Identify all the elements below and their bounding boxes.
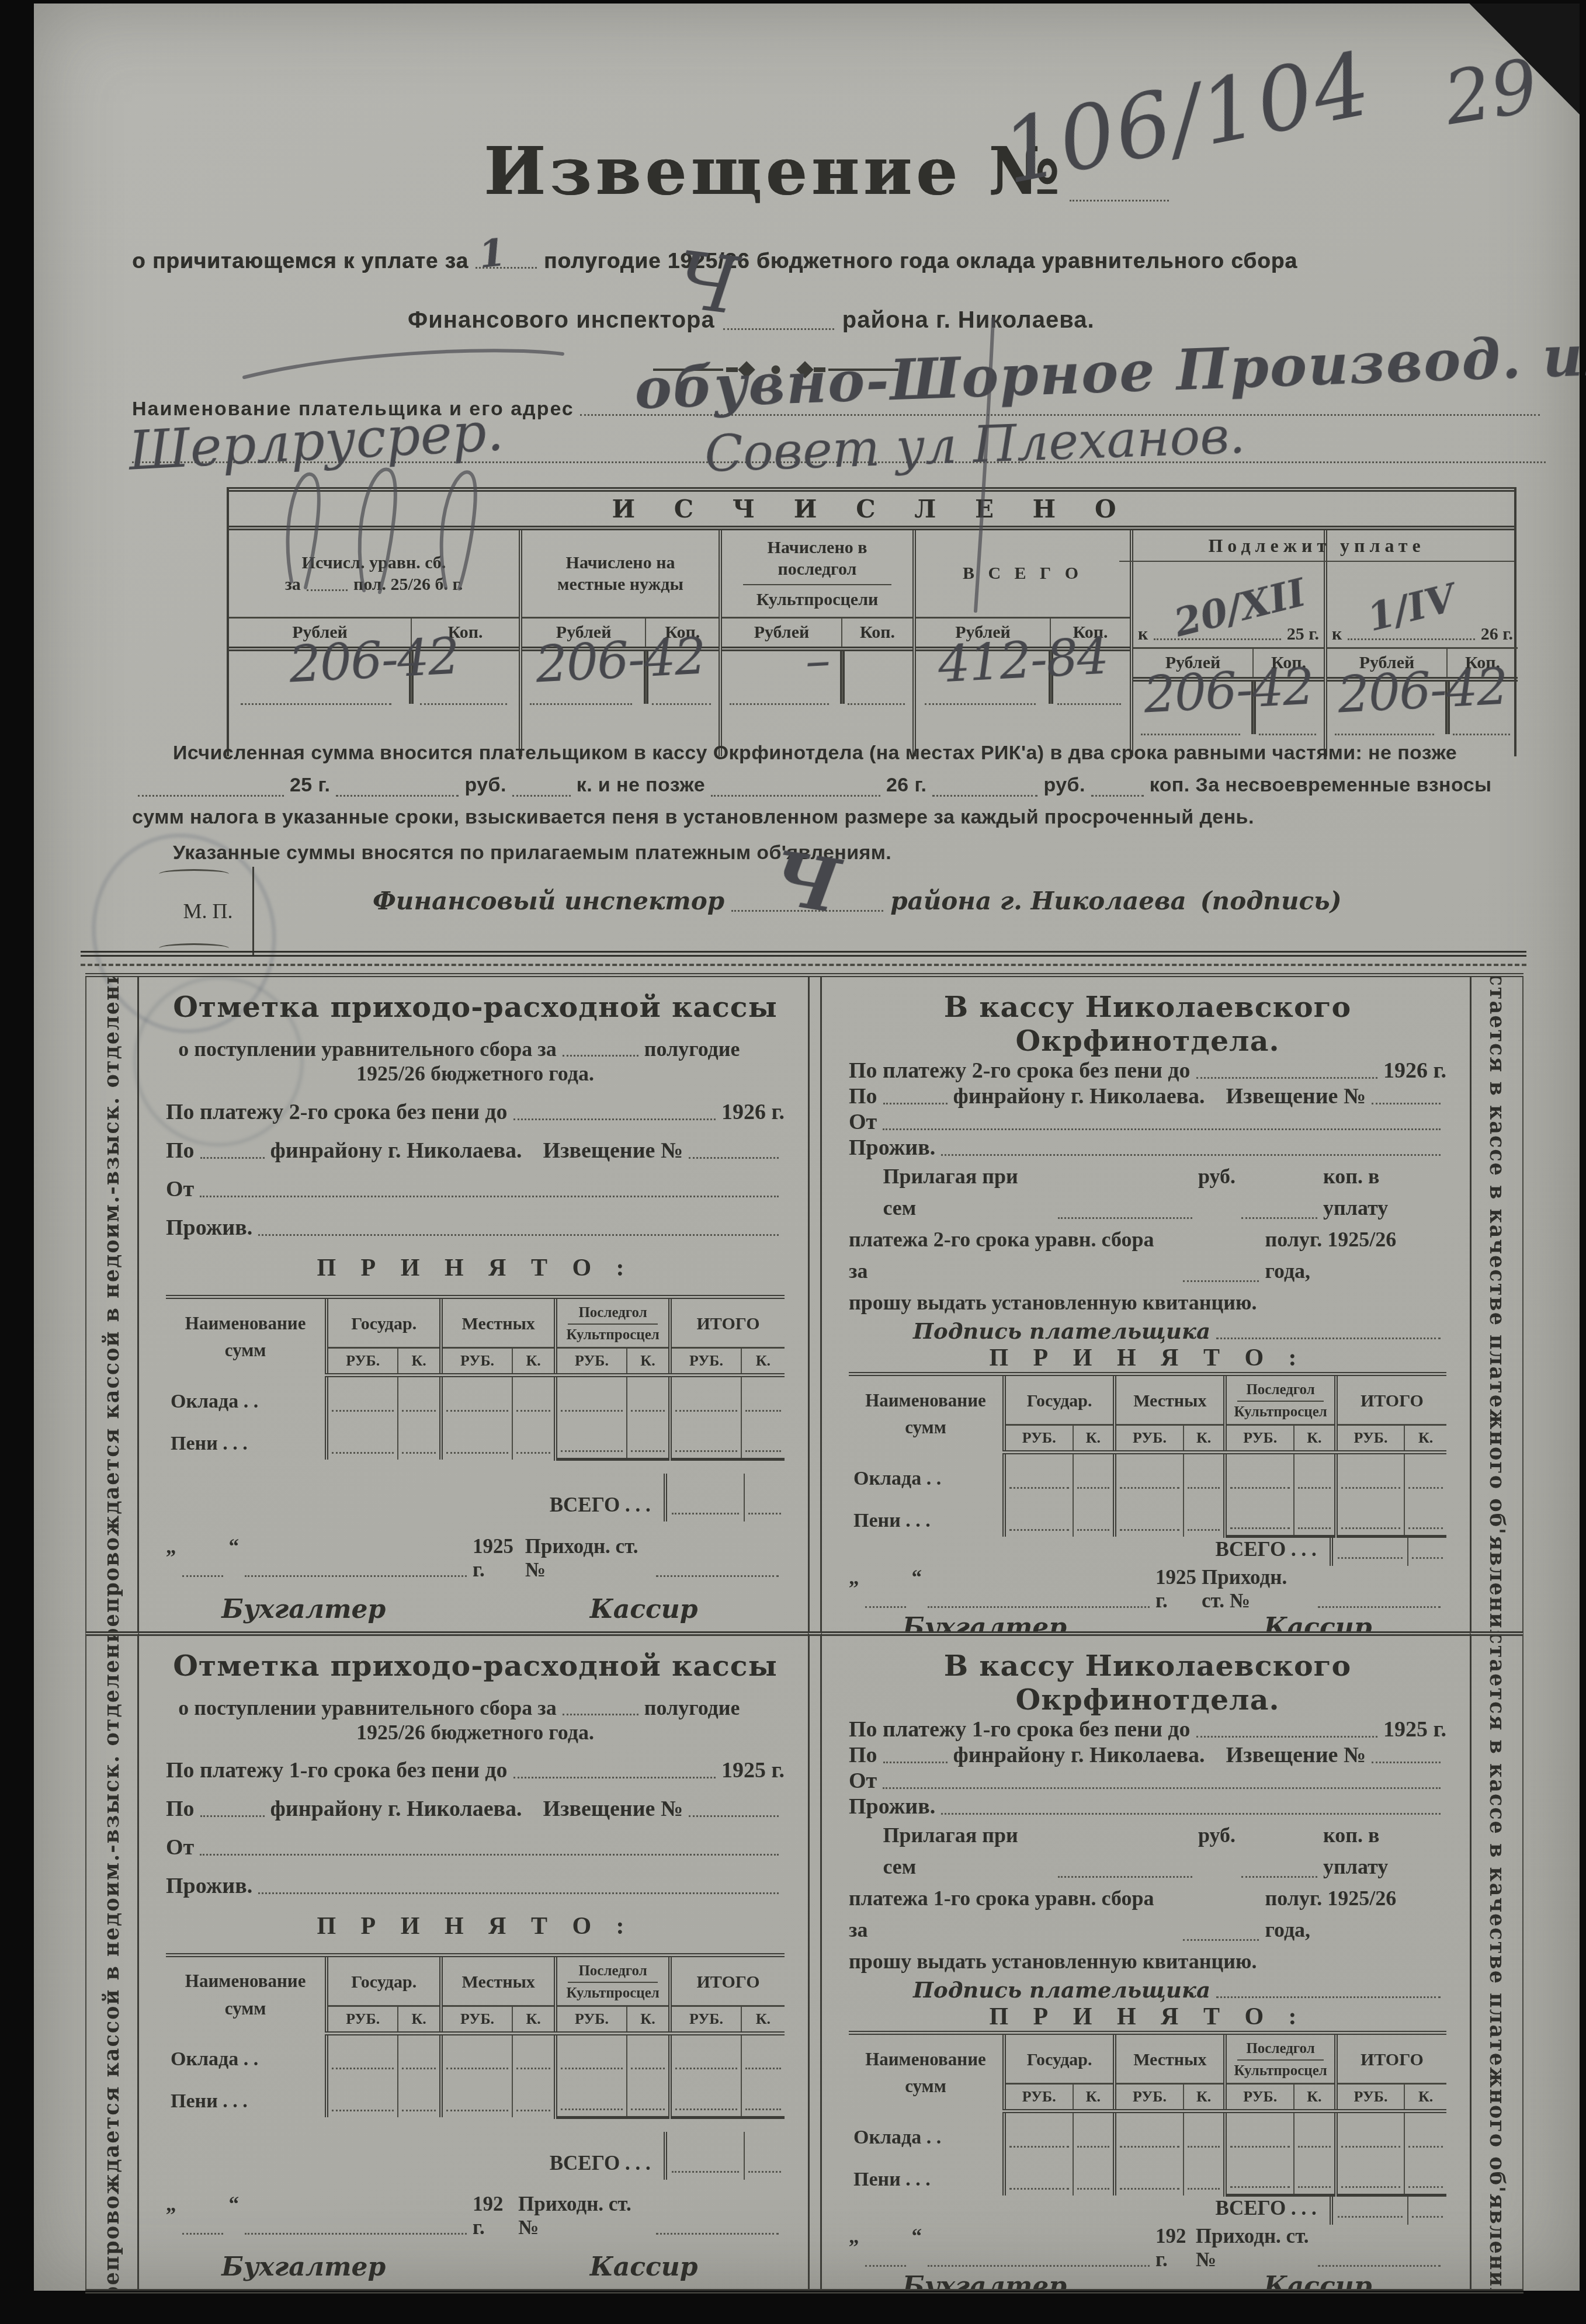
prinyato-table: Наименованиесумм Государ. Местных Послед… [166, 1295, 785, 1461]
quadrant-top-right: В кассу Николаевского Окрфинотдела. По п… [822, 977, 1470, 1631]
blank-field [200, 1853, 779, 1856]
blank-field [1372, 1102, 1441, 1104]
prinyato-table: Наименованиесумм Государ. Местных Послед… [849, 2031, 1446, 2197]
col-total-label: В С Е Г О [963, 562, 1083, 585]
value-cell: 412-84 [916, 651, 1130, 726]
payer-signature-label: Подпись плательщика [913, 1977, 1210, 2003]
district-blank-field: Ч [731, 909, 883, 912]
blank-field [1348, 637, 1474, 640]
payer-section: Наименование плательщика и его адрес обу… [132, 386, 1546, 463]
k-header: К. [1294, 2084, 1336, 2111]
kop-label: коп. в уплату [1323, 1819, 1446, 1882]
blank-field [865, 1605, 906, 1608]
rub-label: руб. [1198, 1161, 1236, 1192]
blank-field [512, 794, 571, 797]
amount-handwritten: 206-42 [1132, 657, 1325, 725]
blank-field [1318, 1605, 1441, 1608]
col-assessed-za: за [285, 574, 301, 596]
payer-address-row: Шерлрусрер. Совет ул Плеханов. [132, 460, 1546, 463]
okrfinotdel-title: В кассу Николаевского Окрфинотдела. [849, 990, 1446, 1058]
rub-header: РУБ. [1336, 1425, 1405, 1453]
row-oklada-label: Оклада . . [849, 2111, 1004, 2153]
blank-field [563, 1712, 638, 1715]
terms-line3: сумм налога в указанные сроки, взыскивае… [132, 801, 1552, 833]
blank-field [941, 1812, 1441, 1815]
half-year-handwritten: 1 [477, 231, 508, 277]
blank-field [883, 1127, 1441, 1130]
quadrant-grid: Препровождается кассой в недоим.-взыск. … [85, 973, 1523, 2294]
enclosure-line2: платежа 1-го срока уравн. сбора за [849, 1882, 1177, 1946]
from-line: От [166, 1176, 785, 1202]
row-oklada-label: Оклада . . [166, 1375, 327, 1418]
residing-line: Прожив. [849, 1794, 1446, 1819]
row-peni-label: Пени . . . [849, 1495, 1004, 1537]
finregion-line: По финрайону г. Николаева. Извещение № [849, 1083, 1446, 1109]
quadrant-footer: „ “ 1925 г. Приходн. ст. № [849, 1566, 1446, 1613]
quadrant-footer: „ “ 1925 г. Приходн. ст. № [166, 1535, 785, 1582]
signature-podpis: (подпись) [1200, 887, 1342, 915]
from-label: От [849, 1109, 877, 1135]
po-label: По [849, 1083, 877, 1109]
amount-handwritten: – [721, 627, 914, 695]
k-header: К. [1294, 1425, 1336, 1453]
residing-label: Прожив. [166, 1873, 252, 1899]
blank-field [1058, 1216, 1192, 1219]
prinyato-table: Наименованиесумм Государ. Местных Послед… [166, 1953, 785, 2119]
residing-label: Прожив. [849, 1135, 935, 1161]
row-peni: Пени . . . [166, 1418, 785, 1460]
cashdesk-note-subtitle: о поступлении уравнительного сбора за по… [166, 1037, 785, 1086]
due2-year: 26 г. [1481, 623, 1513, 645]
blank-field [1196, 1735, 1377, 1738]
amount-handwritten: 206-42 [1326, 657, 1519, 725]
blank-field [200, 1814, 265, 1817]
finregion-label: финрайону г. Николаева. [270, 1796, 522, 1822]
district-number-handwritten: Ч [671, 234, 743, 332]
terms-tail: коп. За несвоевременные взносы [1150, 769, 1492, 801]
enclosure-line3: прошу выдать установленную квитанцию. [849, 1287, 1446, 1318]
col-total: В С Е Г О РублейКоп. 412-84 [912, 530, 1130, 756]
col-local-needs: Начислено на местные нужды РублейКоп. 20… [519, 530, 719, 756]
rub-header: РУБ. [1225, 1425, 1294, 1453]
prinyato-header: П Р И Н Я Т О : [849, 2003, 1446, 2031]
col-name-header: Наименованиесумм [849, 1374, 1004, 1453]
blank-field [1196, 1076, 1377, 1079]
due2-k: к [1332, 623, 1342, 645]
blank-field [182, 1574, 223, 1577]
blank-field [656, 2232, 779, 2235]
prikhodn-label: Приходн. ст. № [525, 1535, 650, 1582]
value-cell: 206-42 [522, 651, 719, 726]
okrfinotdel-title: В кассу Николаевского Окрфинотдела. [849, 1649, 1446, 1717]
blank-field [1318, 2264, 1441, 2267]
row-peni-label: Пени . . . [849, 2153, 1004, 2196]
quote-close: “ [229, 2193, 240, 2216]
enclosure-line2: платежа 2-го срока уравн. сбора за [849, 1224, 1177, 1287]
rub-header: РУБ. [1336, 2084, 1405, 2111]
finregion-line: По финрайону г. Николаева. Извещение № [849, 1742, 1446, 1768]
vsego-cells [1330, 2197, 1446, 2225]
blank-field [1058, 1875, 1192, 1878]
kassir-label: Кассир [590, 2252, 698, 2282]
blank-field [941, 1153, 1441, 1156]
blank-field [865, 2264, 906, 2267]
prinyato-header: П Р И Н Я Т О : [166, 1254, 785, 1282]
col-state-header: Государ. [1004, 2033, 1115, 2084]
blank-field [563, 1054, 638, 1057]
k-header: К. [1073, 1425, 1115, 1453]
notice-number-label: Извещение № [543, 1138, 683, 1163]
blank-field [1241, 1216, 1317, 1219]
prikhodn-label: Приходн. ст. № [1196, 2225, 1312, 2271]
kassir-label: Кассир [590, 1595, 698, 1624]
row-oklada: Оклада . . [166, 1375, 785, 1418]
seal-label: М. П. [183, 899, 232, 923]
col-local-header: Местных [1115, 1374, 1225, 1425]
col-posledgol-header: ПоследголКультпросцел [1225, 1374, 1335, 1425]
residing-label: Прожив. [166, 1215, 252, 1241]
kassir-label: Кассир [1264, 1613, 1372, 1631]
col-posledgol-header: ПоследголКультпросцел [1225, 2033, 1335, 2084]
col-name-header: Наименованиесумм [166, 1955, 327, 2033]
rub-header: РУБ. [1115, 1425, 1184, 1453]
payment-term-year: 1926 г. [1383, 1058, 1446, 1083]
col-local-line2: местные нужды [557, 574, 683, 596]
residing-line: Прожив. [166, 1873, 785, 1899]
blank-field [689, 1814, 779, 1817]
inspector-signature-line: Финансовый инспектор Ч района г. Николае… [373, 887, 1518, 915]
k-header: К. [741, 1348, 785, 1375]
footer-year: 1925 г. [473, 1535, 525, 1582]
terms-26g: 26 г. [886, 769, 926, 801]
signature-pre: Финансовый инспектор [373, 887, 724, 915]
enclosure-line2b: полуг. 1925/26 года, [1265, 1882, 1446, 1946]
rub-label: руб. [1198, 1819, 1236, 1851]
subtitle-post: полугодие 1925/26 бюджетного года оклада… [544, 249, 1297, 273]
row-oklada-label: Оклада . . [849, 1453, 1004, 1495]
payment-term-line: По платежу 2-го срока без пени до 1926 г… [849, 1058, 1446, 1083]
col-posledgol-line2: последгол [778, 558, 857, 581]
bukhgalter-label: Бухгалтер [221, 1595, 386, 1624]
blank-field [182, 2232, 223, 2235]
district-blank-field [723, 327, 834, 330]
col-due-second: к 26 г. 1/IV РублейКоп. 206-42 [1324, 530, 1518, 756]
payment-term-year: 1926 г. [721, 1099, 785, 1125]
side-label-right: Остается в кассе в качестве платежного о… [1470, 1631, 1523, 2289]
calculation-table-grid: Подлежит уплате Исчисл. уравн. сб. за по… [229, 530, 1514, 756]
row-vsego: ВСЕГО . . . [166, 1474, 785, 1521]
col-assessed: Исчисл. уравн. сб. за пол. 25/26 б. г. Р… [229, 530, 519, 756]
due1-year: 25 г. [1287, 623, 1319, 645]
prikhodn-label: Приходн. ст. № [518, 2193, 650, 2239]
side-label-left: Препровождается кассой в недоим.-взыск. … [85, 1631, 139, 2289]
quote-close: “ [229, 1535, 240, 1558]
k-header: К. [627, 1348, 670, 1375]
prinyato-header: П Р И Н Я Т О : [849, 1344, 1446, 1372]
k-header: К. [1404, 1425, 1446, 1453]
col-local-header: Местных [1115, 2033, 1225, 2084]
cashdesk-note-subtitle: о поступлении уравнительного сбора за по… [166, 1696, 785, 1745]
row-oklada: Оклада . . [849, 1453, 1446, 1495]
quote-open: „ [849, 2225, 859, 2248]
residing-label: Прожив. [849, 1794, 935, 1819]
quadrant-top-left: Отметка приходо-расходной кассы о поступ… [139, 977, 808, 1631]
side-label-left-text: Препровождается кассой в недоим.-взыск. … [100, 1631, 124, 2289]
col-kultpros: Культпросцели [756, 589, 879, 611]
center-divider [808, 977, 822, 1631]
rub-header: РУБ. [670, 1348, 741, 1375]
enclosure-line1: Прилагая при сем [883, 1819, 1051, 1882]
residing-line: Прожив. [849, 1135, 1446, 1161]
finregion-label: финрайону г. Николаева. [270, 1138, 522, 1163]
paper-sheet: 29 Извещение № 106/104 о причитающемся к… [34, 4, 1580, 2291]
blank-field [1216, 1336, 1441, 1339]
subtitle-post: полугодие [644, 1696, 740, 1720]
side-label-right: Остается в кассе в качестве платежного о… [1470, 977, 1523, 1631]
blank-field [928, 1605, 1150, 1608]
subtitle-line2: 1925/26 бюджетного года. [166, 1720, 785, 1745]
po-label: По [166, 1138, 195, 1163]
k-header: К. [1184, 1425, 1226, 1453]
col-local-header: Местных [441, 1297, 556, 1348]
po-label: По [166, 1796, 195, 1822]
vsego-cells [664, 2132, 785, 2180]
row-peni: Пени . . . [849, 2153, 1446, 2196]
cut-line [81, 964, 1526, 966]
footer-year: 192 г. [473, 2193, 518, 2239]
rub-header: РУБ. [441, 2006, 512, 2033]
k-header: К. [627, 2006, 670, 2033]
footer-year: 1925 г. [1155, 1566, 1202, 1613]
payment-term-text: По платежу 2-го срока без пени до [849, 1058, 1191, 1083]
side-label-left-text: Препровождается кассой в недоим.-взыск. … [100, 977, 124, 1631]
quadrant-footer: „ “ 192 г. Приходн. ст. № [166, 2193, 785, 2239]
rub-header: РУБ. [556, 1348, 627, 1375]
from-label: От [166, 1835, 194, 1860]
enclosure-line2b: полуг. 1925/26 года, [1265, 1224, 1446, 1287]
rub-header: РУБ. [1225, 2084, 1294, 2111]
quote-close: “ [912, 2225, 922, 2248]
row-vsego: ВСЕГО . . . [849, 1538, 1446, 1566]
prikhodn-label: Приходн. ст. № [1202, 1566, 1312, 1613]
blank-field [245, 2232, 467, 2235]
blank-field [1216, 1995, 1441, 1998]
cashdesk-note-title: Отметка приходо-расходной кассы [166, 1649, 785, 1683]
rub-header: РУБ. [1004, 1425, 1073, 1453]
col-posledgol-header: ПоследголКультпросцел [556, 1955, 670, 2006]
rub-header: РУБ. [556, 2006, 627, 2033]
subtitle-pre: о поступлении уравнительного сбора за [178, 1037, 557, 1061]
blank-field [883, 1786, 1441, 1789]
seal-placeholder-box: М. П. [164, 867, 254, 956]
row-oklada-label: Оклада . . [166, 2033, 327, 2075]
vsego-label: ВСЕГО . . . [1216, 1538, 1317, 1561]
finregion-line: По финрайону г. Николаева. Извещение № [166, 1796, 785, 1822]
side-label-right-text: Остается в кассе в качестве платежного о… [1485, 1631, 1509, 2289]
blank-field [200, 1194, 779, 1197]
col-state-header: Государ. [1004, 1374, 1115, 1425]
due-header: Подлежит уплате [1119, 530, 1514, 562]
quadrant-footer: „ “ 192 г. Приходн. ст. № [849, 2225, 1446, 2271]
blank-field [711, 794, 880, 797]
blank-field [513, 1117, 716, 1120]
notice-number-label: Извещение № [1226, 1742, 1366, 1768]
subtitle-pre: о поступлении уравнительного сбора за [178, 1696, 557, 1720]
payment-term-text: По платежу 1-го срока без пени до [166, 1757, 508, 1783]
quote-open: „ [166, 2193, 176, 2216]
enclosure-line3: прошу выдать установленную квитанцию. [849, 1946, 1446, 1977]
col-name-header: Наименованиесумм [849, 2033, 1004, 2111]
quadrant-bottom-left: Отметка приходо-расходной кассы о поступ… [139, 1631, 808, 2289]
rub-header: РУБ. [1115, 2084, 1184, 2111]
signature-post: района г. Николаева [890, 887, 1186, 915]
k-header: К. [398, 2006, 441, 2033]
half-year-blank-field: 1 [476, 266, 537, 269]
center-divider [808, 1631, 822, 2289]
enclosure-paragraph: Прилагая при сем руб. коп. в уплату плат… [849, 1161, 1446, 1318]
blank-field [689, 1156, 779, 1159]
payment-term-text: По платежу 1-го срока без пени до [849, 1717, 1191, 1742]
blank-field [336, 794, 459, 797]
row-peni-label: Пени . . . [166, 2075, 327, 2117]
row-oklada: Оклада . . [166, 2033, 785, 2075]
from-label: От [849, 1768, 877, 1794]
blank-field [883, 1760, 948, 1763]
col-itogo-header: ИТОГО [1336, 1374, 1446, 1425]
col-assessed-line1: Исчисл. уравн. сб. [302, 552, 446, 574]
payer-signature-label: Подпись плательщика [913, 1318, 1210, 1344]
col-local-line1: Начислено на [566, 552, 675, 574]
blank-field [513, 1776, 716, 1778]
blank-field [1241, 1875, 1317, 1878]
k-header: К. [512, 2006, 556, 2033]
calculation-table: И С Ч И С Л Е Н О Подлежит уплате Исчисл… [227, 487, 1516, 756]
k-header: К. [398, 1348, 441, 1375]
terms-line1: Исчисленная сумма вносится плательщиком … [132, 737, 1552, 769]
quote-close: “ [912, 1566, 922, 1589]
section-divider [81, 951, 1526, 957]
col-state-header: Государ. [327, 1297, 441, 1348]
payment-term-line: По платежу 2-го срока без пени до 1926 г… [166, 1099, 785, 1125]
terms-mid: к. и не позже [577, 769, 705, 801]
terms-line2: 25 г. руб. к. и не позже 26 г. руб. коп.… [132, 769, 1552, 801]
subtitle-pre: о причитающемся к уплате за [132, 249, 468, 273]
blank-field [932, 794, 1037, 797]
roles-row: Бухгалтер Кассир [166, 2252, 785, 2282]
blank-field [258, 1891, 779, 1894]
finregion-label: финрайону г. Николаева. [953, 1742, 1205, 1768]
payer-name-handwritten-line1: обувно-Шорное Производ. им. [634, 321, 1586, 422]
payment-term-line: По платежу 1-го срока без пени до 1925 г… [849, 1717, 1446, 1742]
enclosure-paragraph: Прилагая при сем руб. коп. в уплату плат… [849, 1819, 1446, 1977]
vsego-label: ВСЕГО . . . [550, 1493, 651, 1517]
bukhgalter-label: Бухгалтер [903, 1613, 1067, 1631]
blank-field [138, 794, 284, 797]
rub-header: РУБ. [1004, 2084, 1073, 2111]
k-header: К. [1404, 2084, 1446, 2111]
col-itogo-header: ИТОГО [1336, 2033, 1446, 2084]
amount-handwritten: 206-42 [521, 626, 720, 694]
notice-number-handwritten: 106/104 [994, 33, 1379, 204]
blank-field [1372, 1760, 1441, 1763]
col-due-first: к 25 г. 20/XII РублейКоп. 206-42 [1130, 530, 1324, 756]
row-vsego: ВСЕГО . . . [849, 2197, 1446, 2225]
k-header: К. [1073, 2084, 1115, 2111]
bukhgalter-label: Бухгалтер [903, 2271, 1067, 2289]
subtitle-line: о причитающемся к уплате за 1 полугодие … [132, 249, 1549, 273]
roles-row: Бухгалтер Кассир [849, 2271, 1446, 2289]
row-peni: Пени . . . [166, 2075, 785, 2117]
terms-25g: 25 г. [290, 769, 330, 801]
title-blank-field [1070, 199, 1169, 202]
from-label: От [166, 1176, 194, 1202]
due1-k: к [1138, 623, 1148, 645]
amount-handwritten: 412-84 [915, 626, 1132, 695]
blank-field [883, 1102, 948, 1104]
residing-line: Прожив. [166, 1215, 785, 1241]
payer-signature-line: Подпись плательщика [849, 1977, 1446, 2003]
row-vsego: ВСЕГО . . . [166, 2132, 785, 2180]
col-name-header: Наименованиесумм [166, 1297, 327, 1375]
rub-header: РУБ. [441, 1348, 512, 1375]
bukhgalter-label: Бухгалтер [221, 2252, 386, 2282]
payment-term-year: 1925 г. [721, 1757, 785, 1783]
blank-field [1091, 794, 1144, 797]
k-header: К. [1184, 2084, 1226, 2111]
k-header: К. [741, 2006, 785, 2033]
notice-number-label: Извещение № [543, 1796, 683, 1822]
calculation-table-title: И С Ч И С Л Е Н О [229, 487, 1514, 530]
prinyato-table: Наименованиесумм Государ. Местных Послед… [849, 1372, 1446, 1538]
col-itogo-header: ИТОГО [670, 1297, 785, 1348]
cashdesk-note-title: Отметка приходо-расходной кассы [166, 990, 785, 1024]
col-state-header: Государ. [327, 1955, 441, 2006]
col-assessed-line2: пол. 25/26 б. г. [353, 574, 463, 596]
notice-number-label: Извещение № [1226, 1083, 1366, 1109]
col-itogo-header: ИТОГО [670, 1955, 785, 2006]
blank-field [928, 2264, 1150, 2267]
value-cell: 206-42 [229, 651, 519, 726]
inspector-post: района г. Николаева. [842, 307, 1095, 334]
blank-field [656, 1574, 779, 1577]
district-handwritten: Ч [766, 835, 845, 930]
row-peni-label: Пени . . . [166, 1418, 327, 1460]
blank-field [200, 1156, 265, 1159]
terms-rub1: руб. [464, 769, 506, 801]
rub-header: РУБ. [670, 2006, 741, 2033]
kop-label: коп. в уплату [1323, 1161, 1446, 1224]
page-number-handwritten: 29 [1439, 43, 1544, 141]
blank-field [1183, 1279, 1259, 1282]
quote-open: „ [166, 1535, 176, 1558]
col-local-header: Местных [441, 1955, 556, 2006]
vsego-label: ВСЕГО . . . [1216, 2197, 1317, 2220]
payer-signature-line: Подпись плательщика [849, 1318, 1446, 1344]
inspector-line: Финансового инспектора района г. Николае… [408, 307, 1095, 334]
quadrant-bottom-right: В кассу Николаевского Окрфинотдела. По п… [822, 1631, 1470, 2289]
k-header: К. [512, 1348, 556, 1375]
payment-term-text: По платежу 2-го срока без пени до [166, 1099, 508, 1125]
from-line: От [849, 1768, 1446, 1794]
subtitle-line2: 1925/26 бюджетного года. [166, 1061, 785, 1086]
payment-term-year: 1925 г. [1383, 1717, 1446, 1742]
col-posledgol: Начислено в последгол Культпросцели Рубл… [719, 530, 912, 756]
kassir-label: Кассир [1264, 2271, 1372, 2289]
row-peni: Пени . . . [849, 1495, 1446, 1537]
vsego-label: ВСЕГО . . . [550, 2152, 651, 2175]
enclosure-line1: Прилагая при сем [883, 1161, 1051, 1224]
rub-header: РУБ. [327, 2006, 398, 2033]
